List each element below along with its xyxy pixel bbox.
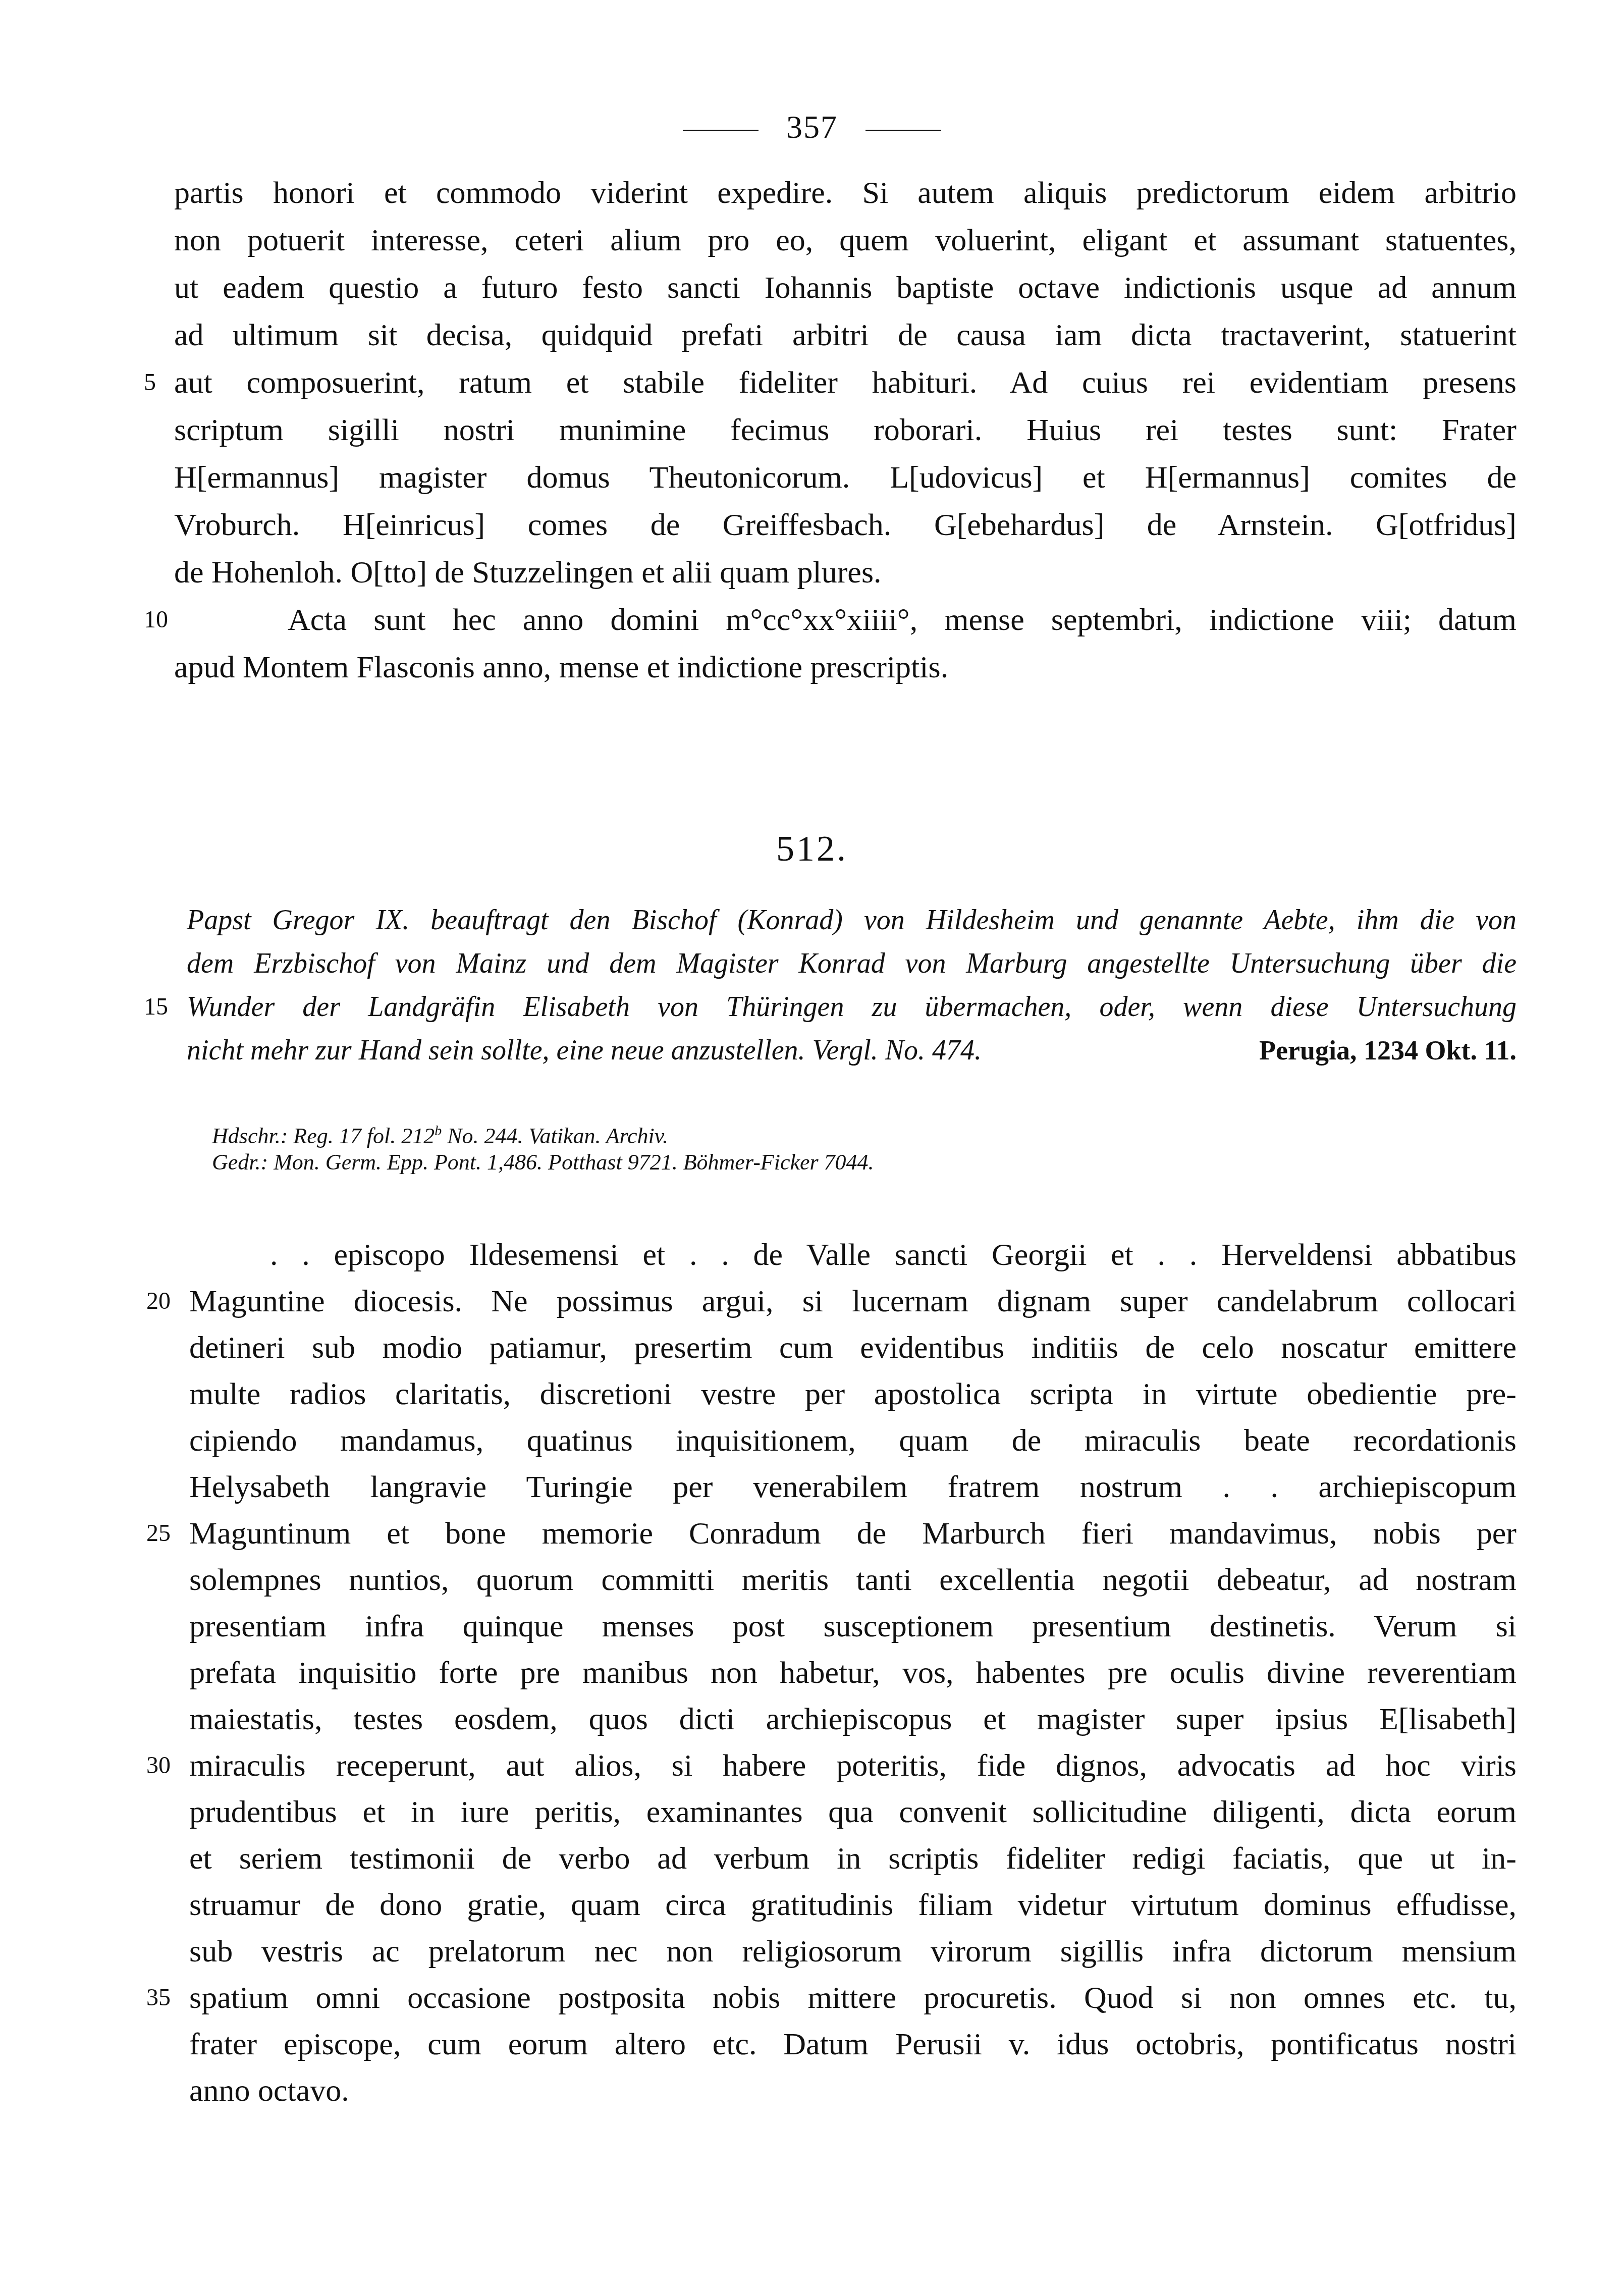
summary-line: 15Wunder der Landgräfin Elisabeth von Th… <box>187 985 1517 1029</box>
header-rule-left <box>683 130 759 131</box>
line-text: scriptum sigilli nostri munimine fecimus… <box>174 413 1517 447</box>
line-text: solempnes nuntios, quorum committi merit… <box>189 1563 1517 1597</box>
previous-document-text: partis honori et commodo viderint expedi… <box>174 169 1517 691</box>
line-text: Maguntine diocesis. Ne possimus argui, s… <box>189 1284 1517 1318</box>
line-text: spatium omni occasione postposita nobis … <box>189 1981 1517 2015</box>
line-text: apud Montem Flasconis anno, mense et ind… <box>174 650 948 684</box>
line-text: Acta sunt hec anno domini m°cc°xx°xiiii°… <box>288 603 1517 637</box>
text-line: detineri sub modio patiamur, presertim c… <box>189 1324 1517 1371</box>
text-line: frater episcope, cum eorum altero etc. D… <box>189 2021 1517 2067</box>
summary-line: dem Erzbischof von Mainz und dem Magiste… <box>187 942 1517 985</box>
text-line: 25Maguntinum et bone memorie Conradum de… <box>189 1510 1517 1557</box>
line-number: 30 <box>146 1742 172 1789</box>
text-line: prefata inquisitio forte pre manibus non… <box>189 1650 1517 1696</box>
place-date: Perugia, 1234 Okt. 11. <box>1259 1029 1517 1072</box>
page-header: 357 <box>0 109 1624 146</box>
text-line: ad ultimum sit decisa, quidquid prefati … <box>174 311 1517 359</box>
text-line: et seriem testimonii de verbo ad verbum … <box>189 1835 1517 1882</box>
line-text: prefata inquisitio forte pre manibus non… <box>189 1656 1517 1690</box>
line-number: 15 <box>144 985 169 1029</box>
manuscript-source: Hdschr.: Reg. 17 fol. 212b No. 244. Vati… <box>212 1115 874 1147</box>
document-page: 357 partis honori et commodo viderint ex… <box>0 0 1624 2285</box>
document-summary: Papst Gregor IX. beauftragt den Bischof … <box>187 898 1517 1072</box>
text-line: maiestatis, testes eosdem, quos dicti ar… <box>189 1696 1517 1742</box>
manuscript-text: Hdschr.: Reg. 17 fol. 212 <box>212 1124 435 1148</box>
line-text: prudentibus et in iure peritis, examinan… <box>189 1795 1517 1829</box>
line-text: de Hohenloh. O[tto] de Stuzzelingen et a… <box>174 555 882 590</box>
line-text: ut eadem questio a futuro festo sancti I… <box>174 271 1517 305</box>
line-text: detineri sub modio patiamur, presertim c… <box>189 1331 1517 1365</box>
line-text: Wunder der Landgräfin Elisabeth von Thür… <box>187 991 1517 1023</box>
text-line: 30miraculis receperunt, aut alios, si ha… <box>189 1742 1517 1789</box>
line-number: 5 <box>144 359 169 406</box>
line-text: nicht mehr zur Hand sein sollte, eine ne… <box>187 1035 982 1066</box>
line-text: Maguntinum et bone memorie Conradum de M… <box>189 1516 1517 1551</box>
line-text: sub vestris ac prelatorum nec non religi… <box>189 1934 1517 1969</box>
line-number: 10 <box>144 596 169 644</box>
line-text: . . episcopo Ildesemensi et . . de Valle… <box>270 1238 1517 1272</box>
line-text: cipiendo mandamus, quatinus inquisitione… <box>189 1423 1517 1458</box>
line-number: 25 <box>146 1510 172 1557</box>
line-text: presentiam infra quinque menses post sus… <box>189 1609 1517 1643</box>
line-text: H[ermannus] magister domus Theutonicorum… <box>174 460 1517 495</box>
text-line: 10Acta sunt hec anno domini m°cc°xx°xiii… <box>174 596 1517 644</box>
line-text: et seriem testimonii de verbo ad verbum … <box>189 1841 1517 1876</box>
text-line: prudentibus et in iure peritis, examinan… <box>189 1789 1517 1835</box>
text-line: presentiam infra quinque menses post sus… <box>189 1603 1517 1650</box>
line-text: partis honori et commodo viderint expedi… <box>174 176 1517 210</box>
folio-side: b <box>435 1123 442 1139</box>
line-text: frater episcope, cum eorum altero etc. D… <box>189 2027 1517 2061</box>
text-line: cipiendo mandamus, quatinus inquisitione… <box>189 1417 1517 1464</box>
line-text: Papst Gregor IX. beauftragt den Bischof … <box>187 905 1517 936</box>
line-text: miraculis receperunt, aut alios, si habe… <box>189 1748 1517 1783</box>
line-text: multe radios claritatis, discretioni ves… <box>189 1377 1517 1411</box>
text-line: ut eadem questio a futuro festo sancti I… <box>174 264 1517 311</box>
text-line: non potuerit interesse, ceteri alium pro… <box>174 217 1517 264</box>
text-line: 35spatium omni occasione postposita nobi… <box>189 1975 1517 2021</box>
text-line: sub vestris ac prelatorum nec non religi… <box>189 1928 1517 1975</box>
sources: Hdschr.: Reg. 17 fol. 212b No. 244. Vati… <box>212 1115 874 1178</box>
text-line: de Hohenloh. O[tto] de Stuzzelingen et a… <box>174 549 1517 596</box>
line-text: maiestatis, testes eosdem, quos dicti ar… <box>189 1702 1517 1736</box>
text-line: partis honori et commodo viderint expedi… <box>174 169 1517 217</box>
text-line: Vroburch. H[einricus] comes de Greiffesb… <box>174 501 1517 549</box>
text-line: scriptum sigilli nostri munimine fecimus… <box>174 406 1517 454</box>
line-text: dem Erzbischof von Mainz und dem Magiste… <box>187 948 1517 979</box>
header-rule-right <box>865 130 941 131</box>
manuscript-rest: No. 244. Vatikan. Archiv. <box>442 1124 668 1148</box>
text-line: multe radios claritatis, discretioni ves… <box>189 1371 1517 1417</box>
line-number: 35 <box>146 1975 172 2021</box>
text-line: apud Montem Flasconis anno, mense et ind… <box>174 644 1517 691</box>
text-line: struamur de dono gratie, quam circa grat… <box>189 1882 1517 1928</box>
text-line: . . episcopo Ildesemensi et . . de Valle… <box>189 1232 1517 1278</box>
line-text: Vroburch. H[einricus] comes de Greiffesb… <box>174 508 1517 542</box>
line-text: Helysabeth langravie Turingie per venera… <box>189 1470 1517 1504</box>
summary-line: Papst Gregor IX. beauftragt den Bischof … <box>187 898 1517 942</box>
summary-line: nicht mehr zur Hand sein sollte, eine ne… <box>187 1029 1517 1072</box>
page-number: 357 <box>786 109 838 145</box>
text-line: 20Maguntine diocesis. Ne possimus argui,… <box>189 1278 1517 1324</box>
text-line: solempnes nuntios, quorum committi merit… <box>189 1557 1517 1603</box>
line-text: struamur de dono gratie, quam circa grat… <box>189 1888 1517 1922</box>
line-text: anno octavo. <box>189 2074 349 2108</box>
document-body: . . episcopo Ildesemensi et . . de Valle… <box>189 1232 1517 2114</box>
line-number: 20 <box>146 1278 172 1324</box>
text-line: anno octavo. <box>189 2067 1517 2114</box>
printed-source: Gedr.: Mon. Germ. Epp. Pont. 1,486. Pott… <box>212 1147 874 1178</box>
document-number: 512. <box>0 828 1624 870</box>
text-line: Helysabeth langravie Turingie per venera… <box>189 1464 1517 1510</box>
line-text: ad ultimum sit decisa, quidquid prefati … <box>174 318 1517 352</box>
text-line: 5aut composuerint, ratum et stabile fide… <box>174 359 1517 406</box>
text-line: H[ermannus] magister domus Theutonicorum… <box>174 454 1517 501</box>
line-text: aut composuerint, ratum et stabile fidel… <box>174 365 1517 400</box>
line-text: non potuerit interesse, ceteri alium pro… <box>174 223 1517 257</box>
